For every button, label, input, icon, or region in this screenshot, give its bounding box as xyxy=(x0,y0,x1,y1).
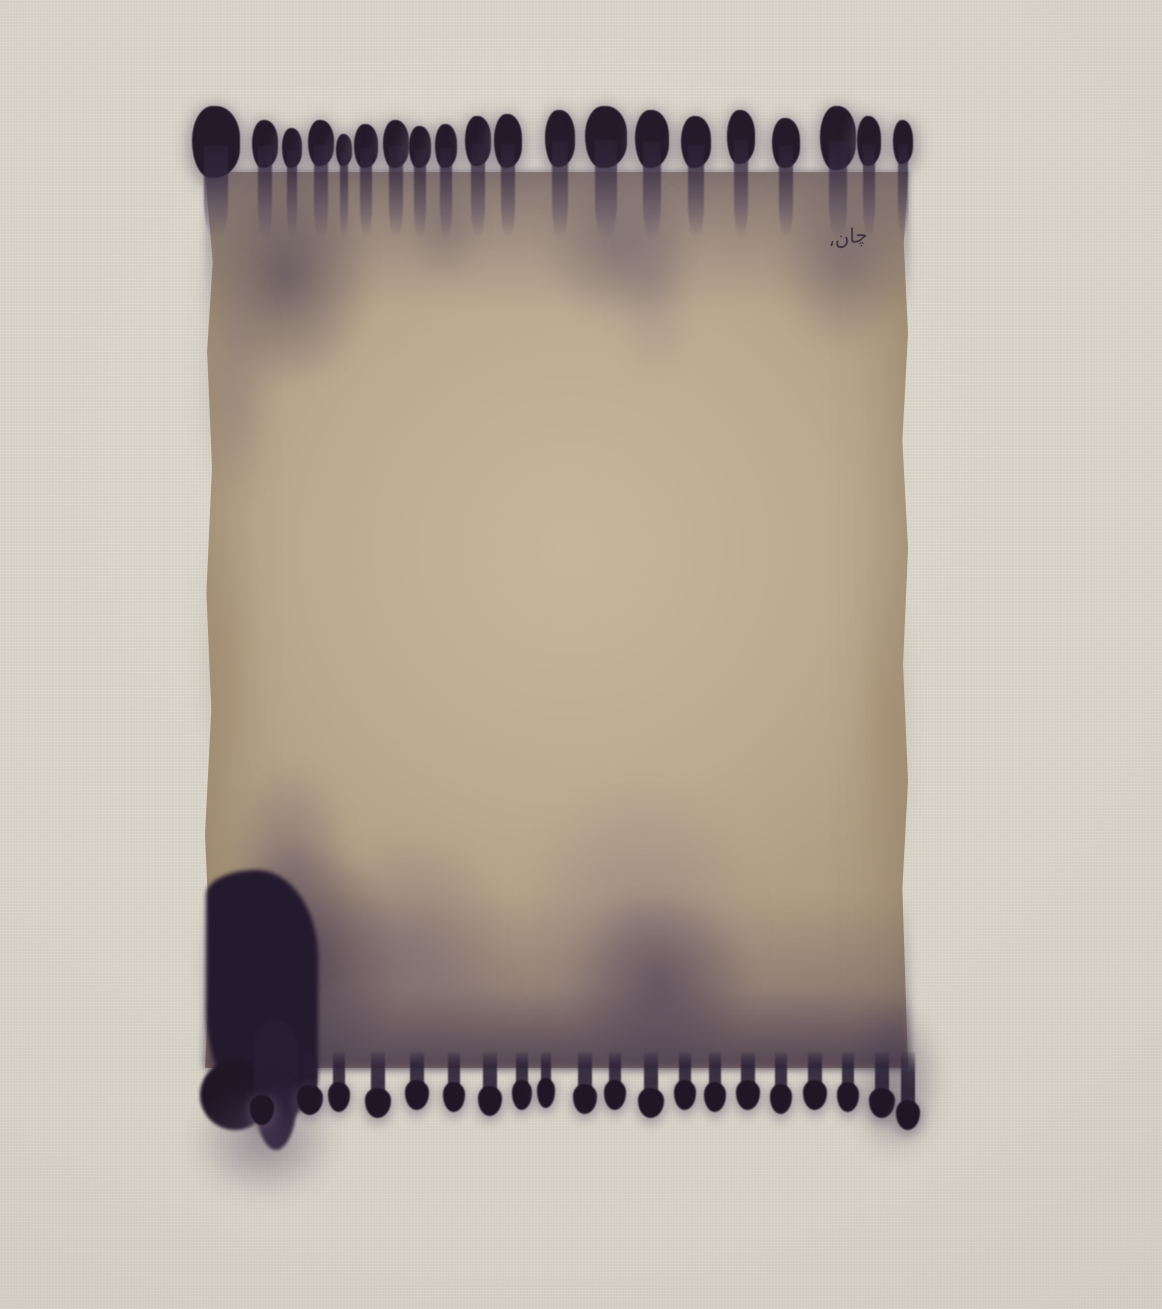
artwork-photo: چان، xyxy=(0,0,1162,1309)
loose-thread-fiber xyxy=(0,0,1162,1309)
